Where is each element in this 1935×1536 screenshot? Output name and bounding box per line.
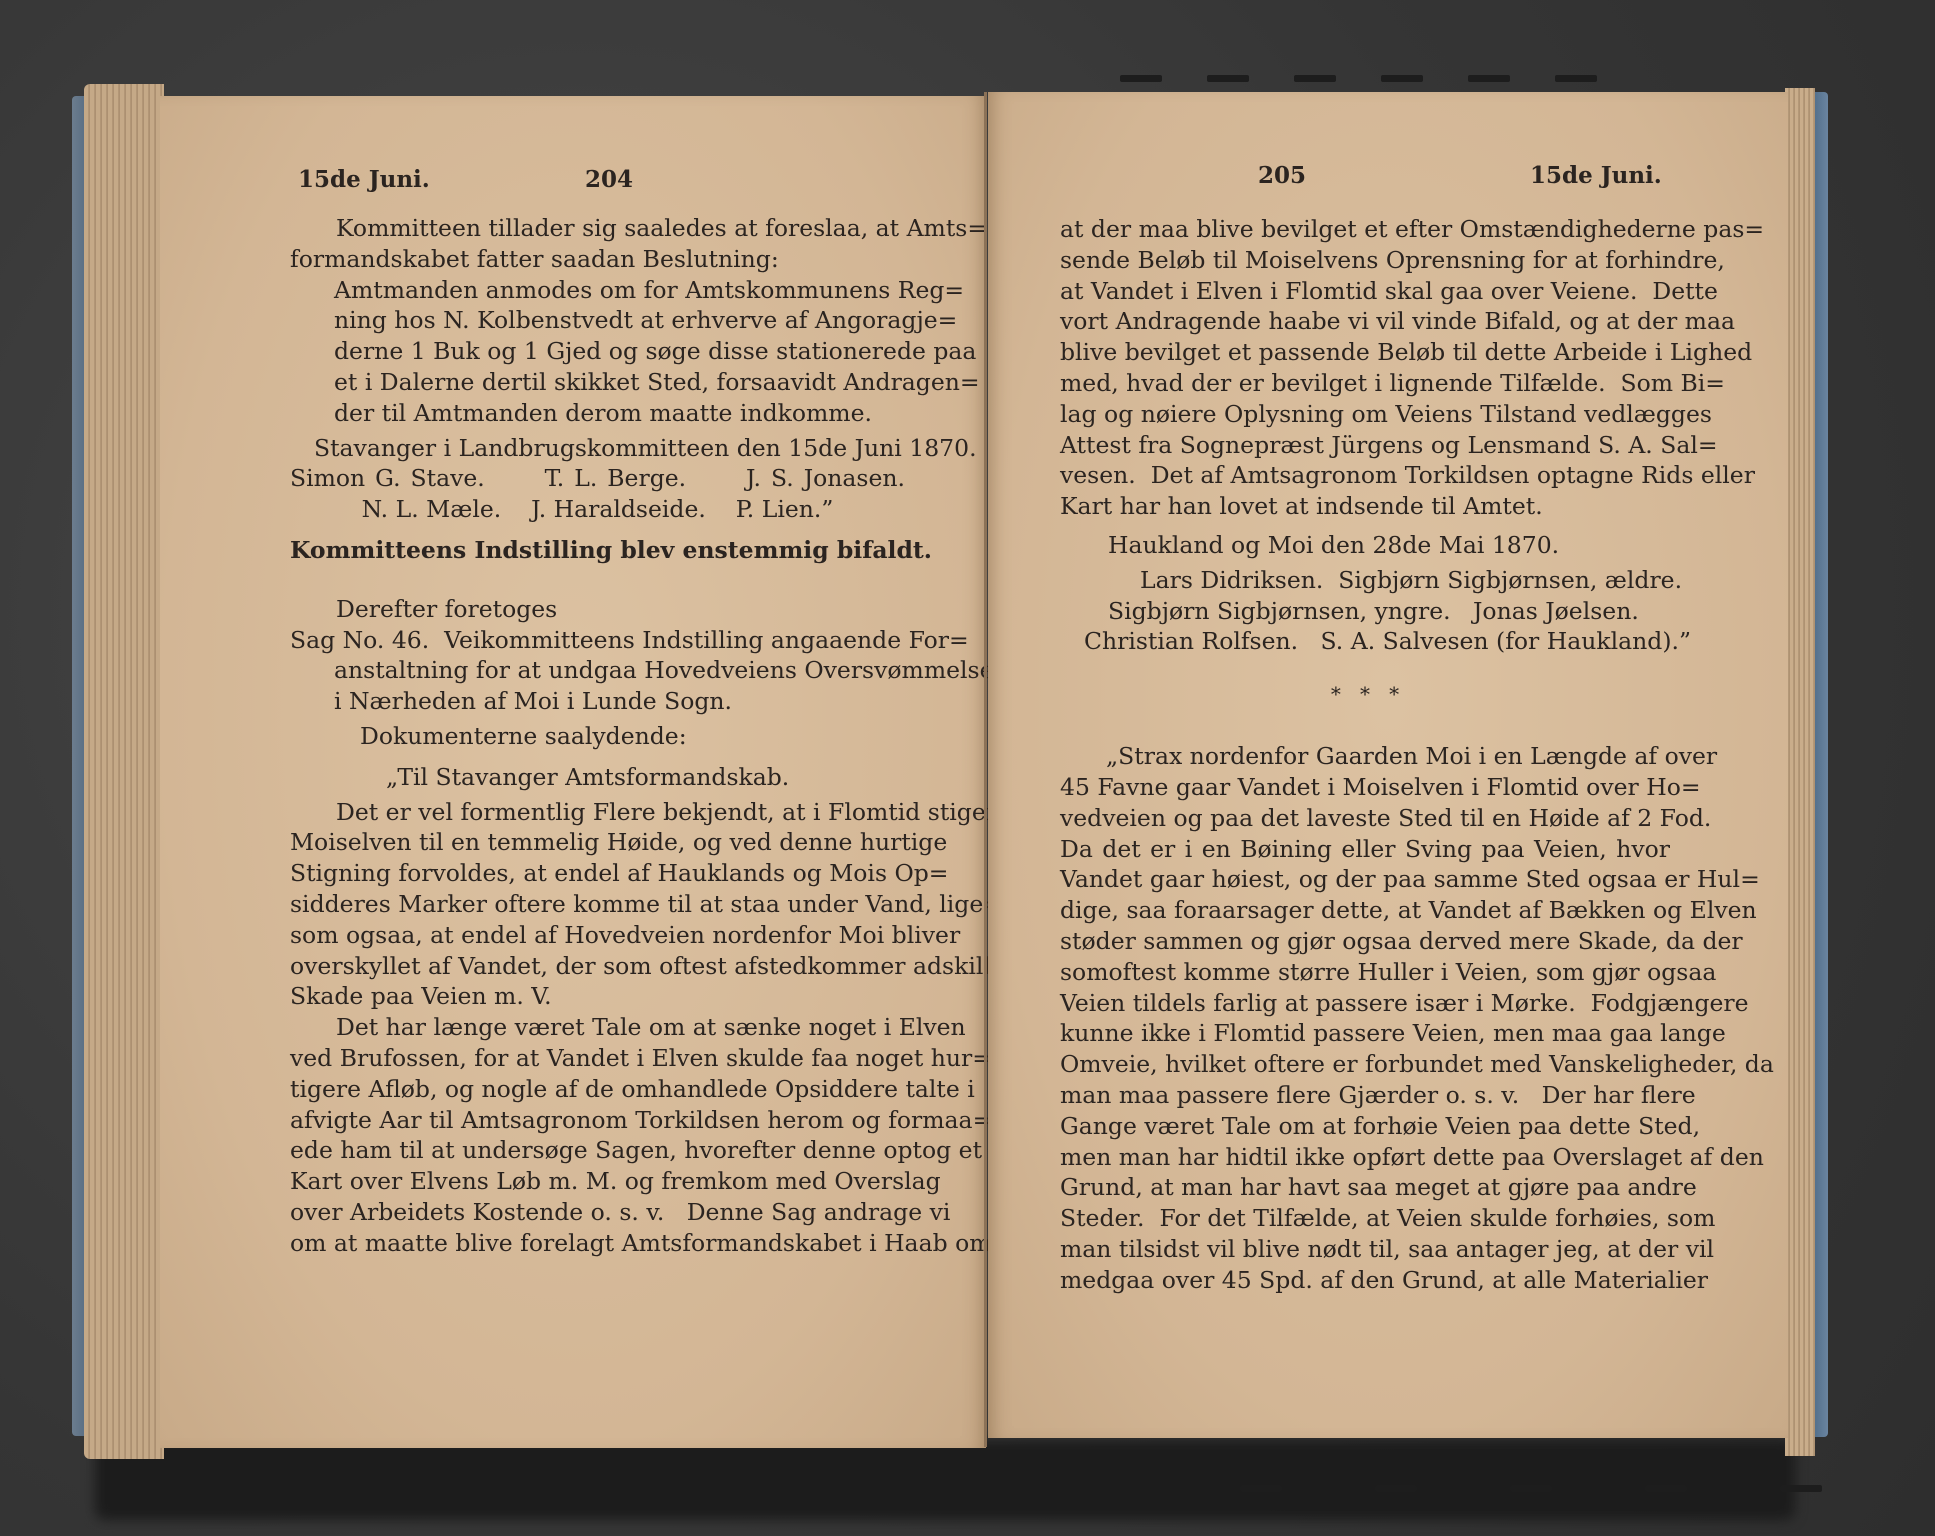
text-line: Stigning forvoldes, at endel af Haukland… [290, 858, 905, 889]
text-line: Da det er i en Bøining eller Sving paa V… [1060, 834, 1670, 865]
text-line: somoftest komme større Huller i Veien, s… [1060, 957, 1670, 988]
text-line: om at maatte blive forelagt Amtsformands… [290, 1228, 905, 1259]
text-line: som ogsaa, at endel af Hovedveien norden… [290, 920, 905, 951]
text-line: blive bevilget et passende Beløb til det… [1060, 337, 1670, 368]
background-tabs-bottom [1240, 1485, 1935, 1495]
text-line: Gange været Tale om at forhøie Veien paa… [1060, 1111, 1670, 1142]
signature-line: N. L. Mæle. J. Haraldseide. P. Lien.” [290, 494, 905, 525]
text-line: Kommitteen tillader sig saaledes at fore… [290, 213, 905, 244]
running-head-left: 15de Juni. [298, 166, 430, 193]
left-page-body: Kommitteen tillader sig saaledes at fore… [290, 213, 905, 1259]
text-line: Stavanger i Landbrugskommitteen den 15de… [290, 433, 905, 464]
text-line: medgaa over 45 Spd. af den Grund, at all… [1060, 1265, 1670, 1296]
text-line: Veien tildels farlig at passere især i M… [1060, 988, 1670, 1019]
text-line: man maa passere flere Gjærder o. s. v. D… [1060, 1080, 1670, 1111]
text-line: sidderes Marker oftere komme til at staa… [290, 889, 905, 920]
text-line: anstaltning for at undgaa Hovedveiens Ov… [290, 655, 905, 686]
page-stack-right [1785, 88, 1815, 1456]
text-line: Amtmanden anmodes om for Amtskommunens R… [290, 275, 905, 306]
text-line: over Arbeidets Kostende o. s. v. Denne S… [290, 1197, 905, 1228]
text-line: vesen. Det af Amtsagronom Torkildsen opt… [1060, 460, 1670, 491]
right-page-body: at der maa blive bevilget et efter Omstæ… [1060, 214, 1670, 1296]
running-head-right: 15de Juni. [1530, 162, 1662, 189]
text-line: Sag No. 46. Veikommitteens Indstilling a… [290, 625, 905, 656]
text-line: ede ham til at undersøge Sagen, hvorefte… [290, 1135, 905, 1166]
text-line: Moiselven til en temmelig Høide, og ved … [290, 827, 905, 858]
text-line: derne 1 Buk og 1 Gjed og søge disse stat… [290, 336, 905, 367]
text-line: at der maa blive bevilget et efter Omstæ… [1060, 214, 1670, 245]
text-line: Dokumenterne saalydende: [290, 721, 905, 752]
text-line: i Nærheden af Moi i Lunde Sogn. [290, 686, 905, 717]
text-line: der til Amtmanden derom maatte indkomme. [290, 398, 905, 429]
text-line: afvigte Aar til Amtsagronom Torkildsen h… [290, 1105, 905, 1136]
text-line: Attest fra Sognepræst Jürgens og Lensman… [1060, 430, 1670, 461]
page-number-right: 205 [1258, 162, 1306, 189]
text-line: lag og nøiere Oplysning om Veiens Tilsta… [1060, 399, 1670, 430]
signature-line: Christian Rolfsen. S. A. Salvesen (for H… [1060, 626, 1670, 657]
text-line: dige, saa foraarsager dette, at Vandet a… [1060, 895, 1670, 926]
text-line: Derefter foretoges [290, 594, 905, 625]
text-line: Kart over Elvens Løb m. M. og fremkom me… [290, 1166, 905, 1197]
text-line: Det er vel formentlig Flere bekjendt, at… [290, 797, 905, 828]
background-tabs-top [1120, 75, 1820, 85]
text-line: sende Beløb til Moiselvens Oprensning fo… [1060, 245, 1670, 276]
text-line: Grund, at man har havt saa meget at gjør… [1060, 1172, 1670, 1203]
text-line: kunne ikke i Flomtid passere Veien, men … [1060, 1018, 1670, 1049]
book-gutter [984, 92, 987, 1447]
right-page: 205 15de Juni. at der maa blive bevilget… [988, 92, 1788, 1438]
signature-line: Simon G. Stave. T. L. Berge. J. S. Jonas… [290, 463, 905, 494]
text-line: men man har hidtil ikke opført dette paa… [1060, 1142, 1670, 1173]
text-line: man tilsidst vil blive nødt til, saa ant… [1060, 1234, 1670, 1265]
text-line: vort Andragende haabe vi vil vinde Bifal… [1060, 306, 1670, 337]
text-line: Steder. For det Tilfælde, at Veien skuld… [1060, 1203, 1670, 1234]
text-line: ning hos N. Kolbenstvedt at erhverve af … [290, 305, 905, 336]
text-line: Det har længe været Tale om at sænke nog… [290, 1012, 905, 1043]
text-line: med, hvad der er bevilget i lignende Til… [1060, 368, 1670, 399]
text-line: formandskabet fatter saadan Beslutning: [290, 244, 905, 275]
left-page: 15de Juni. 204 Kommitteen tillader sig s… [160, 96, 986, 1448]
text-line: Kart har han lovet at indsende til Amtet… [1060, 491, 1670, 522]
text-line: tigere Afløb, og nogle af de omhandlede … [290, 1074, 905, 1105]
text-line: at Vandet i Elven i Flomtid skal gaa ove… [1060, 276, 1670, 307]
page-number-left: 204 [585, 166, 633, 193]
signature-line: Sigbjørn Sigbjørnsen, yngre. Jonas Jøels… [1060, 596, 1670, 627]
text-line: Omveie, hvilket oftere er forbundet med … [1060, 1049, 1670, 1080]
text-line: støder sammen og gjør ogsaa derved mere … [1060, 926, 1670, 957]
text-line: Vandet gaar høiest, og der paa samme Ste… [1060, 864, 1670, 895]
text-line: et i Dalerne dertil skikket Sted, forsaa… [290, 367, 905, 398]
signature-line: Lars Didriksen. Sigbjørn Sigbjørnsen, æl… [1060, 565, 1670, 596]
text-line: 45 Favne gaar Vandet i Moiselven i Flomt… [1060, 772, 1670, 803]
text-line: vedveien og paa det laveste Sted til en … [1060, 803, 1670, 834]
resolution-heading: Kommitteens Indstilling blev enstemmig b… [290, 535, 905, 566]
book-shadow [95, 1440, 1795, 1520]
section-separator: * * * [1060, 679, 1670, 723]
page-stack-left [84, 84, 164, 1459]
text-line: overskyllet af Vandet, der som oftest af… [290, 951, 905, 982]
text-line: „Strax nordenfor Gaarden Moi i en Længde… [1060, 741, 1670, 772]
letter-salutation: „Til Stavanger Amtsformandskab. [290, 762, 905, 793]
text-line: Skade paa Veien m. V. [290, 981, 905, 1012]
text-line: ved Brufossen, for at Vandet i Elven sku… [290, 1043, 905, 1074]
letter-date: Haukland og Moi den 28de Mai 1870. [1060, 530, 1670, 561]
